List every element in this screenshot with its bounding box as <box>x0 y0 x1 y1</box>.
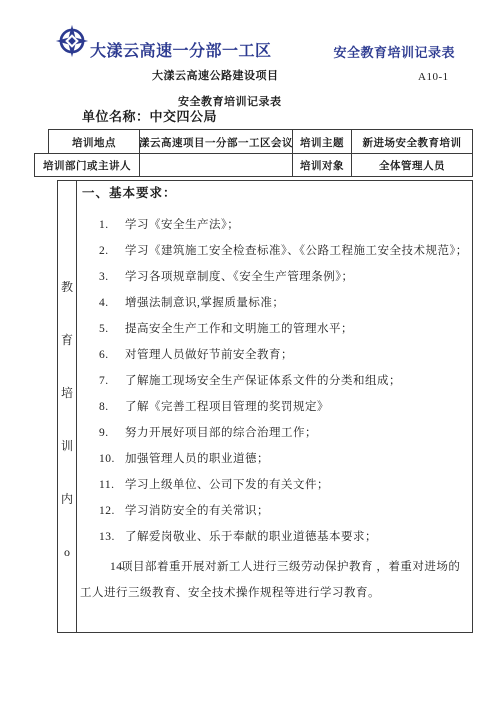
section-heading: 一、基本要求： <box>82 185 468 202</box>
item-number: 8. <box>99 398 125 416</box>
org-name-title: 大漾云高速一分部一工区 <box>90 38 272 61</box>
unit-name-line: 单位名称：中交四公局 <box>82 106 217 125</box>
item-text: 学习《安全生产法》； <box>125 219 239 231</box>
requirement-item: 11.学习上级单位、公司下发的有关文件； <box>80 476 468 494</box>
side-vertical-label: 教育培训内o <box>58 181 77 632</box>
training-topic-value: 新进场安全教育培训 <box>352 130 472 154</box>
item-number: 10. <box>99 450 125 468</box>
item-text: 学习《建筑施工安全检查标准》、《公路工程施工安全技术规范》； <box>125 245 468 257</box>
training-topic-label: 培训主题 <box>293 130 352 154</box>
item-text: 了解《完善工程项目管理的奖罚规定》 <box>125 401 329 413</box>
side-label-char: 育 <box>61 332 73 349</box>
doc-title-blue: 安全教育培训记录表 <box>330 42 455 61</box>
item-number: 9. <box>99 424 125 442</box>
item-number: 1. <box>99 216 125 234</box>
item-text: 了解爱岗敬业、乐于奉献的职业道德基本要求； <box>125 531 377 543</box>
training-content-cell: 一、基本要求： 1.学习《安全生产法》；2.学习《建筑施工安全检查标准》、《公路… <box>77 181 472 632</box>
unit-name-value: 中交四公局 <box>150 109 218 124</box>
training-audience-value: 全体管理人员 <box>352 154 472 176</box>
training-department-value <box>140 154 293 176</box>
requirement-item: 10.加强管理人员的职业道德； <box>80 450 468 468</box>
item-number: 12. <box>99 502 125 520</box>
unit-name-label: 单位名称： <box>82 109 150 124</box>
project-name: 大漾云高速公路建设项目 <box>152 67 279 83</box>
requirement-item: 14.项目部着重开展对新工人进行三级劳动保护教育 ，着重对进场的工人进行三级教育… <box>80 554 468 606</box>
item-text: 学习上级单位、公司下发的有关文件； <box>125 479 329 491</box>
info-table-row: 培训部门或主讲人 培训对象 全体管理人员 <box>34 153 473 177</box>
item-number: 5. <box>99 320 125 338</box>
requirement-item: 13.了解爱岗敬业、乐于奉献的职业道德基本要求； <box>80 528 468 546</box>
side-label-char: 内 <box>61 491 73 508</box>
requirement-item: 3.学习各项规章制度、《安全生产管理条例》； <box>80 268 468 286</box>
company-logo-icon <box>55 21 89 61</box>
requirement-item: 9.努力开展好项目部的综合治理工作； <box>80 424 468 442</box>
side-label-char: 教 <box>61 279 73 296</box>
item-text: 努力开展好项目部的综合治理工作； <box>125 427 317 439</box>
training-department-label: 培训部门或主讲人 <box>35 154 140 176</box>
item-text: 了解施工现场安全生产保证体系文件的分类和组成； <box>125 375 401 387</box>
side-label-char: o <box>64 544 70 561</box>
item-text: 学习各项规章制度、《安全生产管理条例》； <box>125 271 354 283</box>
item-number: 2. <box>99 242 125 260</box>
item-text: 学习消防安全的有关常识； <box>125 505 269 517</box>
form-code: A10-1 <box>418 71 449 83</box>
item-number: 11. <box>99 476 125 494</box>
training-location-value: 大漾云高速项目一分部一工区会议室 <box>140 130 293 154</box>
side-label-char: 培 <box>61 385 73 402</box>
item-number: 3. <box>99 268 125 286</box>
item-number: 7. <box>99 372 125 390</box>
item-number: 14. <box>95 554 121 580</box>
requirement-item: 7.了解施工现场安全生产保证体系文件的分类和组成； <box>80 372 468 390</box>
requirement-item: 6.对管理人员做好节前安全教育； <box>80 346 468 364</box>
item-number: 6. <box>99 346 125 364</box>
item-number: 13. <box>99 528 125 546</box>
requirement-item: 2.学习《建筑施工安全检查标准》、《公路工程施工安全技术规范》； <box>80 242 468 260</box>
item-text: 增强法制意识,掌握质量标准； <box>125 297 284 309</box>
item-text: 加强管理人员的职业道德； <box>125 453 269 465</box>
item-number: 4. <box>99 294 125 312</box>
item-text: 项目部着重开展对新工人进行三级劳动保护教育 ，着重对进场的工人进行三级教育、安全… <box>80 561 460 599</box>
requirement-list: 1.学习《安全生产法》；2.学习《建筑施工安全检查标准》、《公路工程施工安全技术… <box>80 216 468 606</box>
side-label-char: 训 <box>61 438 73 455</box>
requirement-item: 4.增强法制意识,掌握质量标准； <box>80 294 468 312</box>
item-text: 提高安全生产工作和文明施工的管理水平； <box>125 323 353 335</box>
info-table-row: 培训地点 大漾云高速项目一分部一工区会议室 培训主题 新进场安全教育培训 <box>48 129 473 154</box>
item-text: 对管理人员做好节前安全教育； <box>125 349 293 361</box>
requirement-item: 12.学习消防安全的有关常识； <box>80 502 468 520</box>
training-audience-label: 培训对象 <box>293 154 352 176</box>
requirement-item: 1.学习《安全生产法》； <box>80 216 468 234</box>
requirement-item: 5.提高安全生产工作和文明施工的管理水平； <box>80 320 468 338</box>
requirement-item: 8.了解《完善工程项目管理的奖罚规定》 <box>80 398 468 416</box>
training-location-label: 培训地点 <box>49 130 140 154</box>
training-content-table: 教育培训内o 一、基本要求： 1.学习《安全生产法》；2.学习《建筑施工安全检查… <box>57 180 473 633</box>
